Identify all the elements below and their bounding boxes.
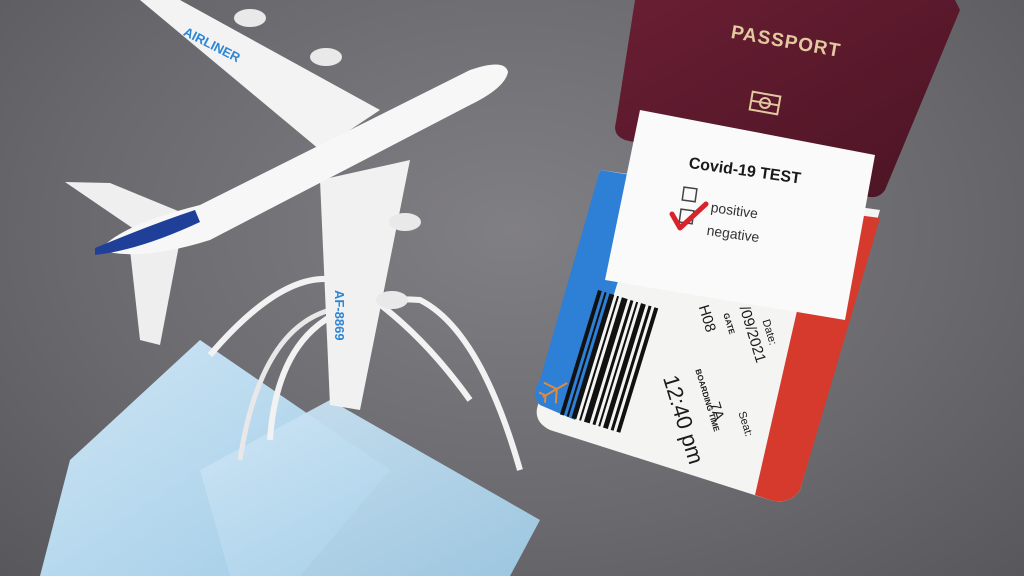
airplane-registration: AF-8869 [332,290,347,341]
face-masks [40,279,540,576]
toy-airplane [65,0,508,410]
photo-illustration [0,0,1024,576]
